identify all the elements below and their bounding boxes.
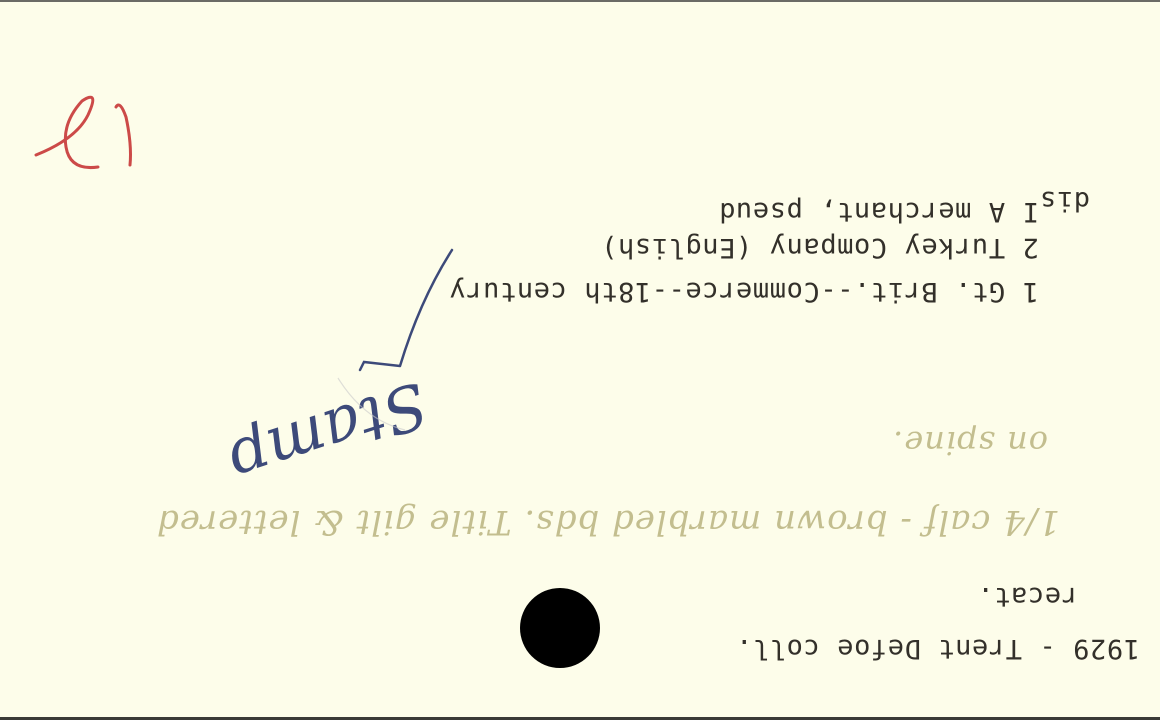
pencil-note-line-2: on spine. <box>892 424 1048 462</box>
tracing-continuation: dis <box>1039 187 1090 214</box>
provenance-line-2: recat. <box>977 583 1078 610</box>
tracing-number: I <box>1022 196 1039 227</box>
provenance-line-1: 1929 - Trent Defoe coll. <box>735 635 1140 662</box>
check-mark-icon <box>340 240 460 390</box>
card-content-rotated: 1929 - Trent Defoe coll. recat. 1/4 calf… <box>0 0 1160 720</box>
pencil-note-line-1: 1/4 calf - brown marbled bds. Title gilt… <box>156 502 1060 542</box>
catalog-card: 1929 - Trent Defoe coll. recat. 1/4 calf… <box>0 0 1160 720</box>
red-mark-icon <box>30 90 140 175</box>
punch-hole-icon <box>520 588 600 668</box>
tracing-text: A merchant, pseud <box>719 196 1006 227</box>
